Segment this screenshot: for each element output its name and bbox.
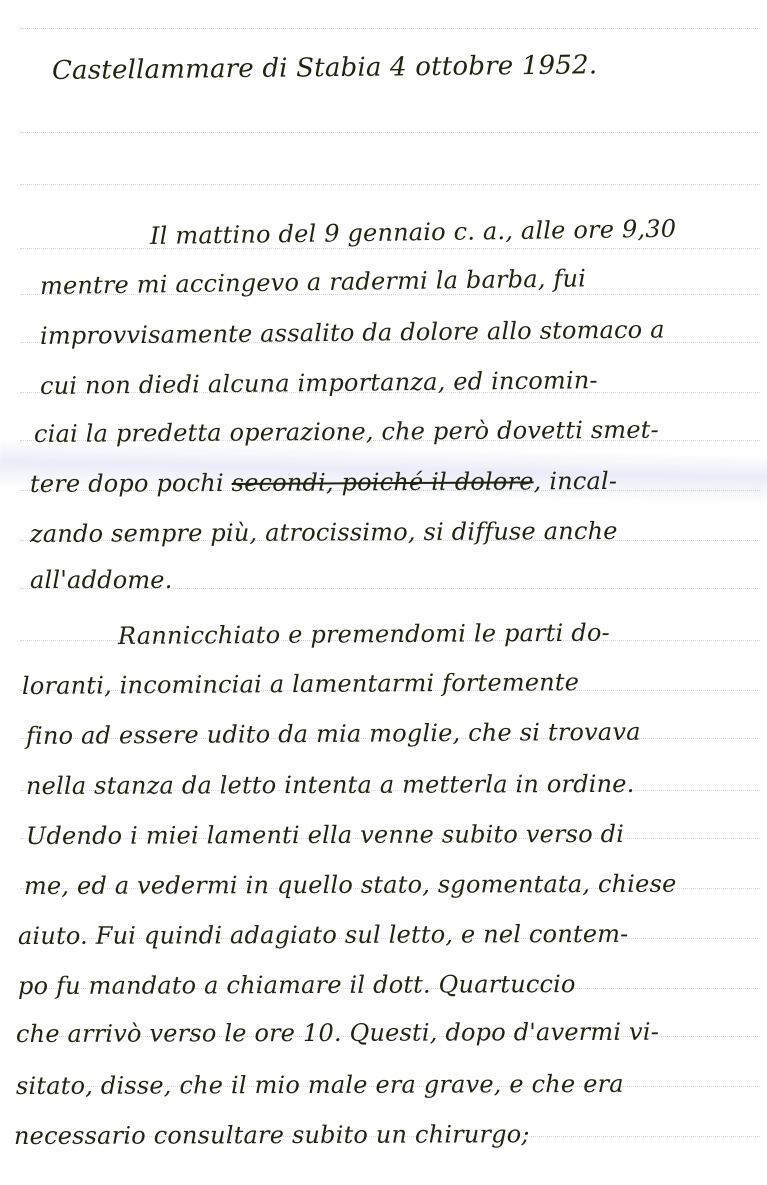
letter-line-1: Il mattino del 9 gennaio c. a., alle ore…: [150, 211, 767, 250]
ruled-line: [20, 184, 760, 185]
place-date-heading: Castellammare di Stabia 4 ottobre 1952.: [52, 48, 767, 86]
letter-line-18: sitato, disse, che il mio male era grave…: [16, 1069, 767, 1100]
struck-through-text: secondi, poiché il dolore: [232, 467, 534, 497]
letter-line-19: necessario consultare subito un chirurgo…: [14, 1119, 767, 1150]
letter-line-12: nella stanza da letto intenta a metterla…: [26, 769, 767, 800]
letter-line-8: all'addome.: [30, 566, 767, 594]
letter-line-17: che arrivò verso le ore 10. Questi, dopo…: [16, 1017, 767, 1048]
ruled-line: [20, 248, 760, 249]
letter-line-4: cui non diedi alcuna importanza, ed inco…: [40, 364, 767, 400]
letter-line-6: tere dopo pochi secondi, poiché il dolor…: [30, 466, 767, 498]
letter-line-5: ciai la predetta operazione, che però do…: [34, 415, 767, 448]
letter-line-13: Udendo i miei lamenti ella venne subito …: [26, 819, 767, 850]
letter-line-14: me, ed a vedermi in quello stato, sgomen…: [24, 869, 767, 900]
letter-line-6-end: , incal-: [534, 467, 618, 495]
letter-line-11: fino ad essere udito da mia moglie, che …: [26, 717, 767, 750]
letter-line-6-start: tere dopo pochi: [30, 469, 224, 498]
ruled-line: [20, 28, 760, 29]
letter-line-9: Rannicchiato e premendomi le parti do-: [118, 617, 767, 650]
letter-line-15: aiuto. Fui quindi adagiato sul letto, e …: [18, 919, 767, 950]
letter-line-7: zando sempre più, atrocissimo, si diffus…: [30, 516, 767, 548]
letter-line-16: po fu mandato a chiamare il dott. Quartu…: [18, 969, 767, 1000]
letter-line-3: improvvisamente assalito da dolore allo …: [40, 314, 767, 350]
ruled-line: [20, 132, 760, 133]
letter-page: Castellammare di Stabia 4 ottobre 1952. …: [0, 0, 767, 1185]
letter-line-10: loranti, incominciai a lamentarmi fortem…: [22, 667, 767, 700]
